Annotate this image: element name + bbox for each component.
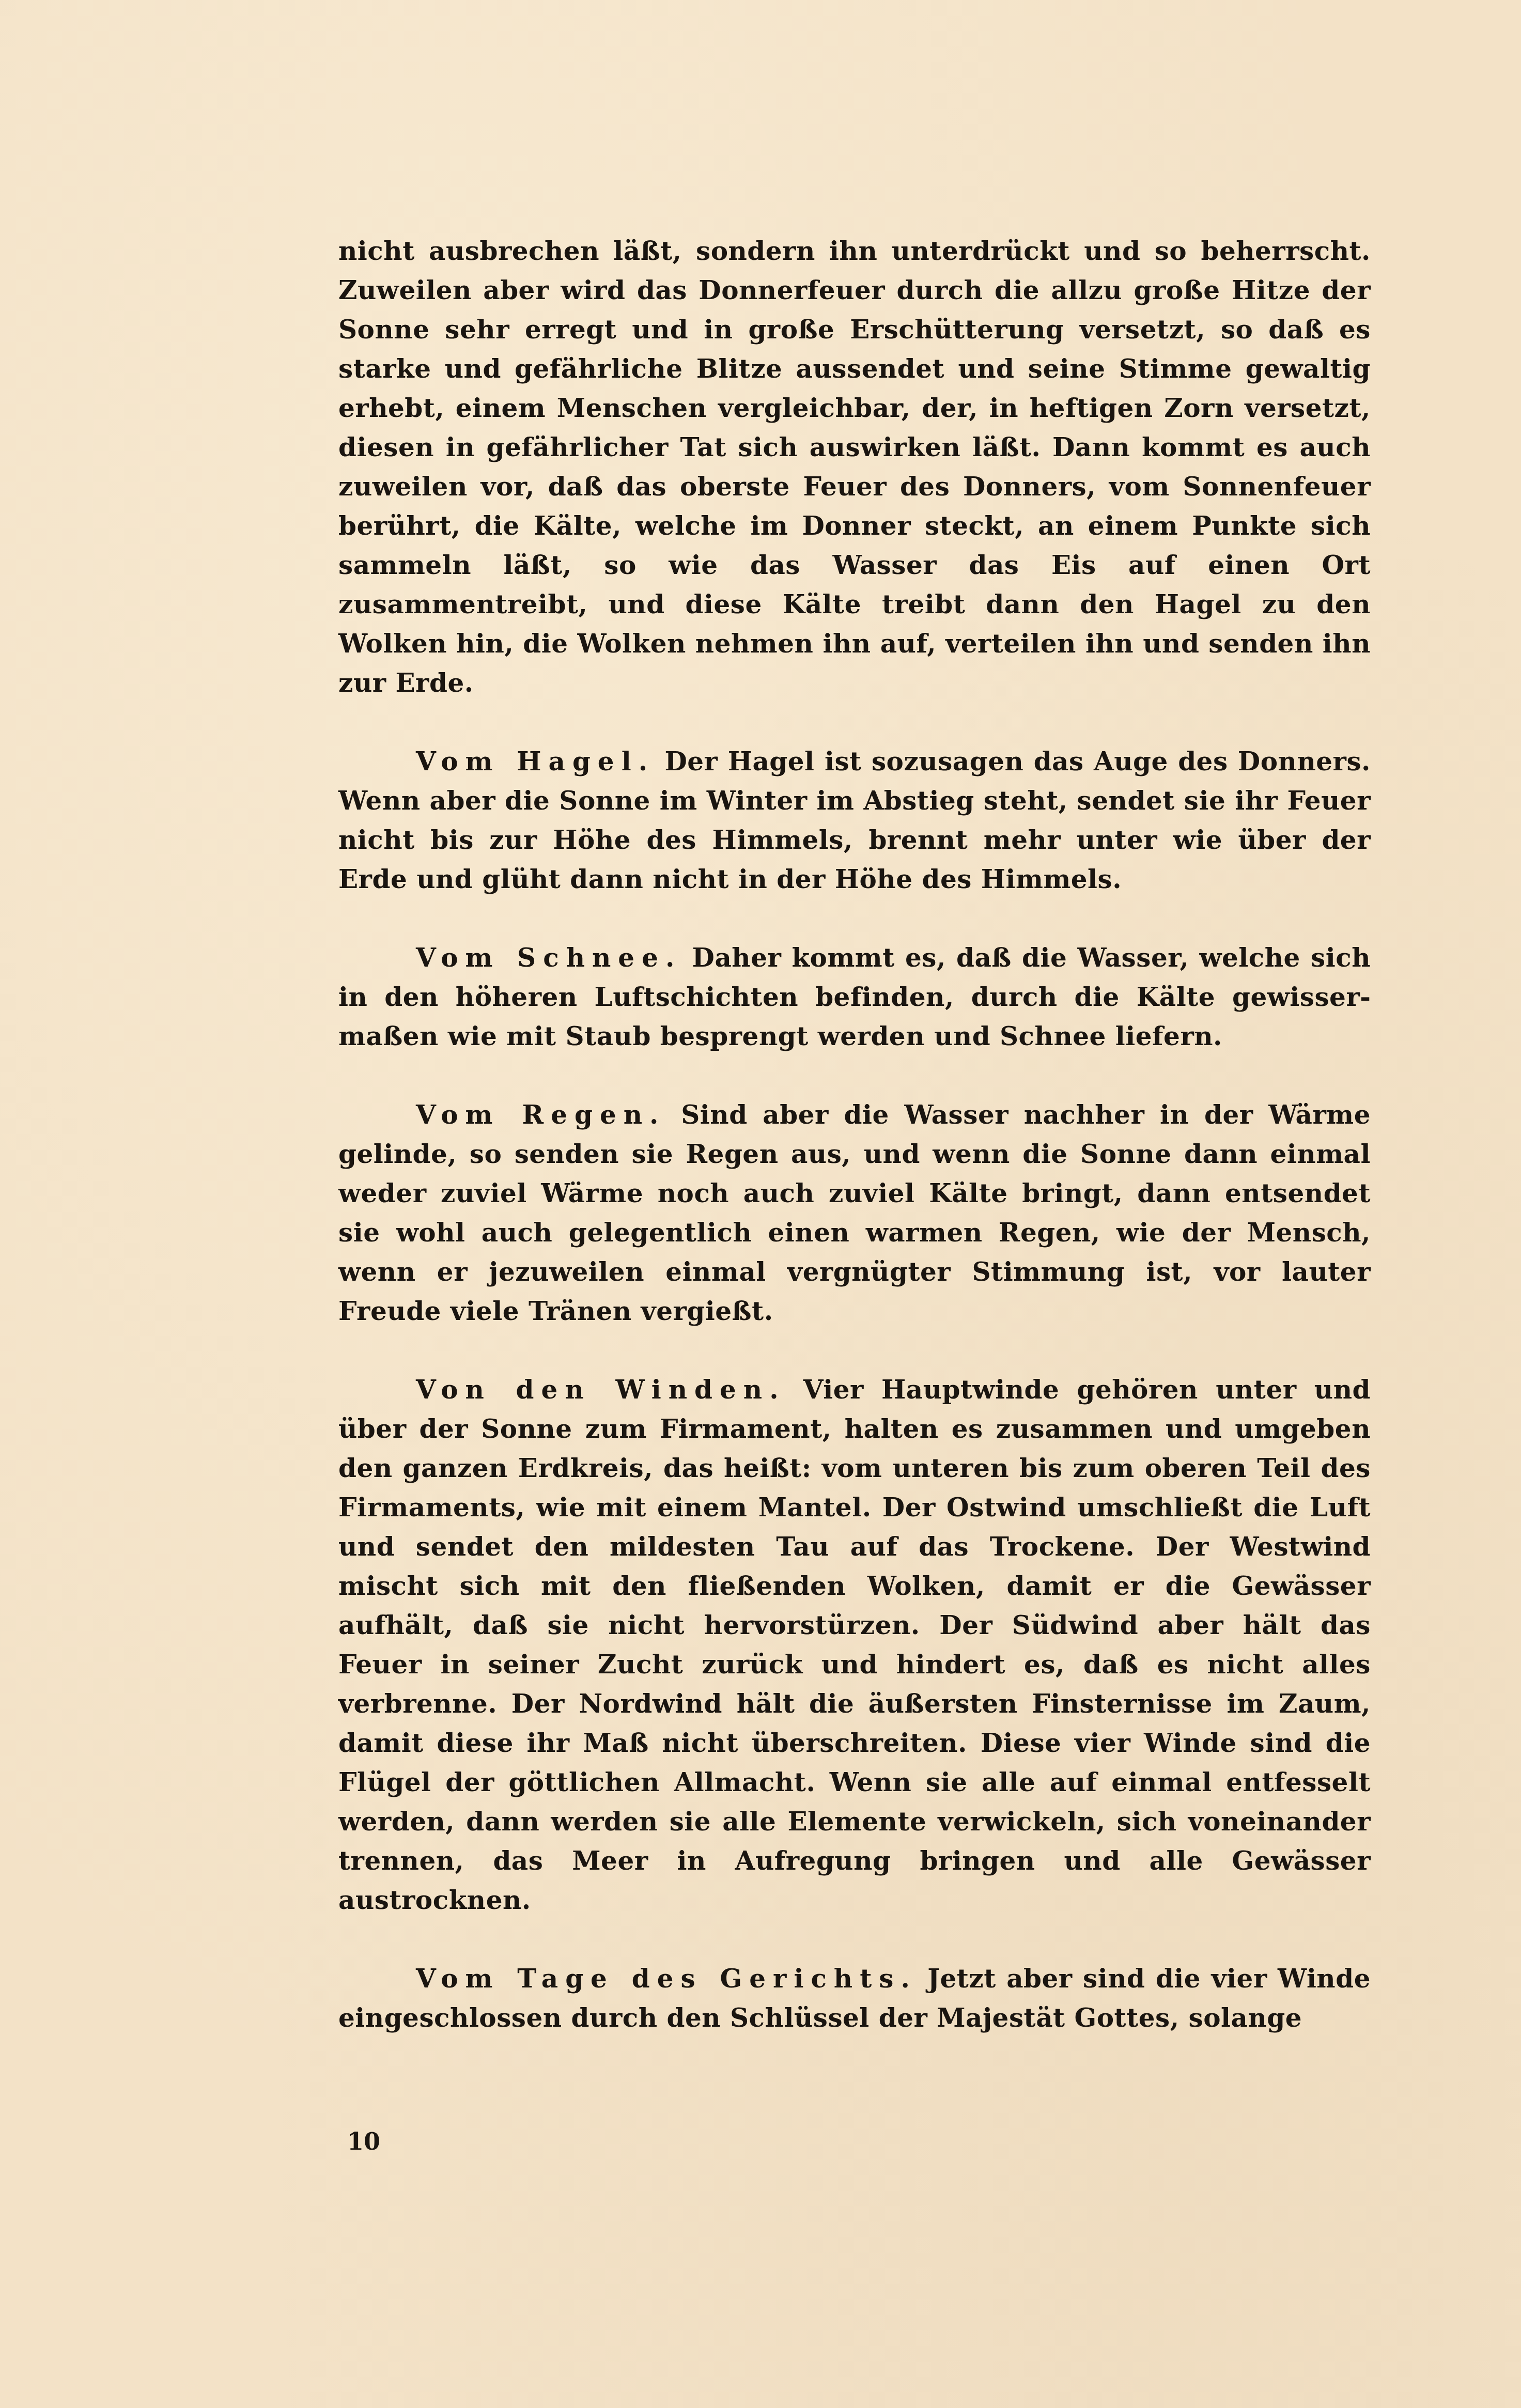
paragraph-judgment-day: Vom Tage des Gerichts. Jetzt aber sind d… <box>338 1959 1371 2038</box>
page-body: nicht ausbrechen läßt, sondern ihn unter… <box>338 231 1371 2038</box>
page-number: 10 <box>347 2127 380 2155</box>
paragraph-thunder-continuation: nicht ausbrechen läßt, sondern ihn unter… <box>338 231 1371 703</box>
paragraph-text: Vier Hauptwinde gehören unter und über d… <box>338 1374 1371 1915</box>
section-heading-judgment-day: Vom Tage des Gerichts. <box>416 1963 917 1994</box>
section-heading-rain: Vom Regen. <box>416 1099 666 1130</box>
paragraph-winds: Von den Winden. Vier Hauptwinde gehören … <box>338 1370 1371 1920</box>
paragraph-hail: Vom Hagel. Der Hagel ist sozusagen das A… <box>338 742 1371 899</box>
section-heading-snow: Vom Schnee. <box>416 942 681 973</box>
paragraph-rain: Vom Regen. Sind aber die Wasser nachher … <box>338 1095 1371 1331</box>
section-heading-winds: Von den Winden. <box>416 1374 786 1405</box>
paragraph-text: Sind aber die Wasser nachher in der Wärm… <box>338 1099 1371 1326</box>
paragraph-snow: Vom Schnee. Daher kommt es, daß die Wass… <box>338 938 1371 1056</box>
section-heading-hail: Vom Hagel. <box>416 746 655 776</box>
paragraph-text: nicht ausbrechen läßt, sondern ihn unter… <box>338 236 1371 698</box>
